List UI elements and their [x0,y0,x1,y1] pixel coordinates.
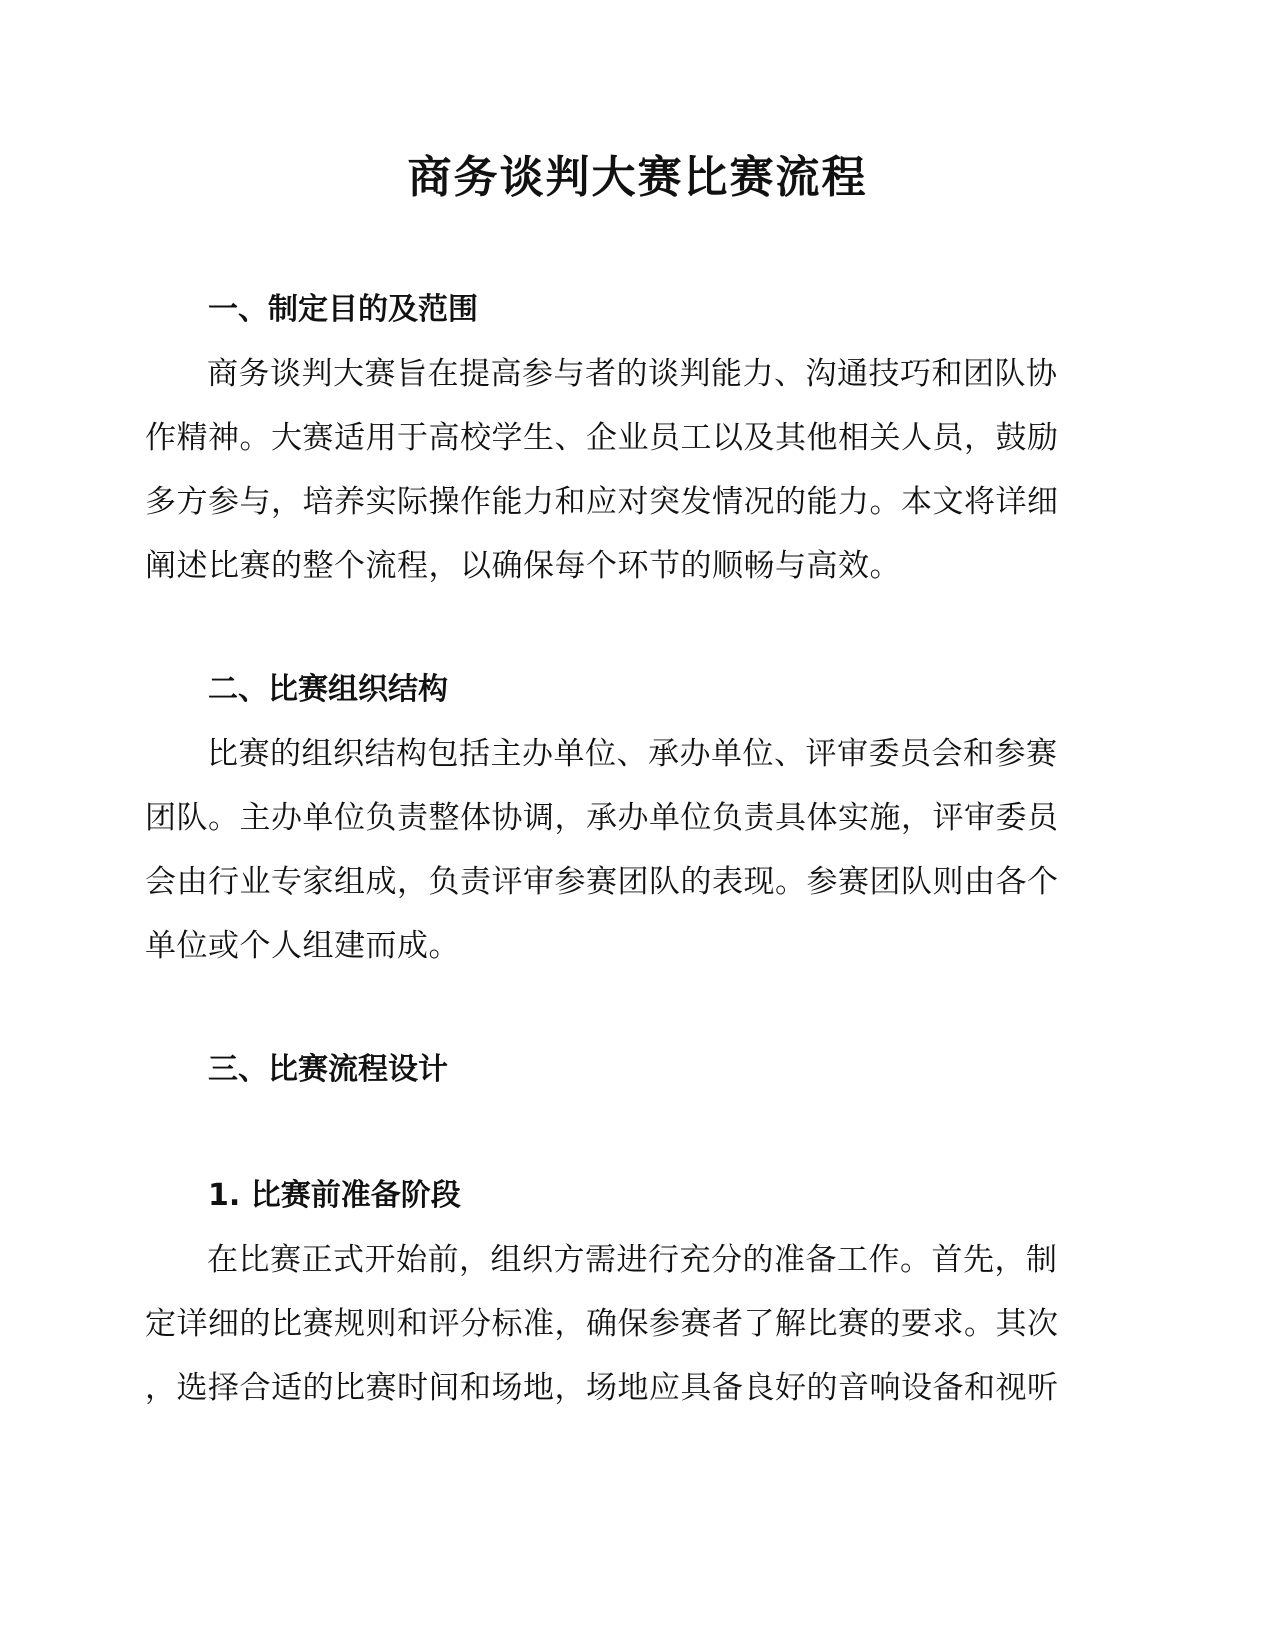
paragraph-line: 在比赛正式开始前，组织方需进行充分的准备工作。首先，制 [145,1228,1070,1292]
section-paragraph-organization: 比赛的组织结构包括主办单位、承办单位、评审委员会和参赛 团队。主办单位负责整体协… [145,722,1070,978]
paragraph-line: 团队。主办单位负责整体协调，承办单位负责具体实施，评审委员 [145,786,1070,850]
section-heading-organization: 二、比赛组织结构 [208,670,448,710]
section-heading-process-design: 三、比赛流程设计 [208,1050,448,1090]
document-title: 商务谈判大赛比赛流程 [0,148,1275,208]
paragraph-line: 会由行业专家组成，负责评审参赛团队的表现。参赛团队则由各个 [145,850,1070,914]
paragraph-line: 阐述比赛的整个流程，以确保每个环节的顺畅与高效。 [145,534,1070,598]
paragraph-line: 单位或个人组建而成。 [145,914,1070,978]
paragraph-line: 比赛的组织结构包括主办单位、承办单位、评审委员会和参赛 [145,722,1070,786]
subsection-paragraph-preparation: 在比赛正式开始前，组织方需进行充分的准备工作。首先，制 定详细的比赛规则和评分标… [145,1228,1070,1420]
paragraph-line: 作精神。大赛适用于高校学生、企业员工以及其他相关人员，鼓励 [145,406,1070,470]
paragraph-line: 多方参与，培养实际操作能力和应对突发情况的能力。本文将详细 [145,470,1070,534]
paragraph-line: 定详细的比赛规则和评分标准，确保参赛者了解比赛的要求。其次 [145,1292,1070,1356]
document-page: 商务谈判大赛比赛流程 一、制定目的及范围 商务谈判大赛旨在提高参与者的谈判能力、… [0,0,1275,1650]
paragraph-line: ，选择合适的比赛时间和场地，场地应具备良好的音响设备和视听 [145,1356,1070,1420]
section-heading-purpose-scope: 一、制定目的及范围 [208,290,478,330]
subsection-heading-preparation: 1. 比赛前准备阶段 [208,1176,461,1216]
section-paragraph-purpose-scope: 商务谈判大赛旨在提高参与者的谈判能力、沟通技巧和团队协 作精神。大赛适用于高校学… [145,342,1070,598]
paragraph-line: 商务谈判大赛旨在提高参与者的谈判能力、沟通技巧和团队协 [145,342,1070,406]
